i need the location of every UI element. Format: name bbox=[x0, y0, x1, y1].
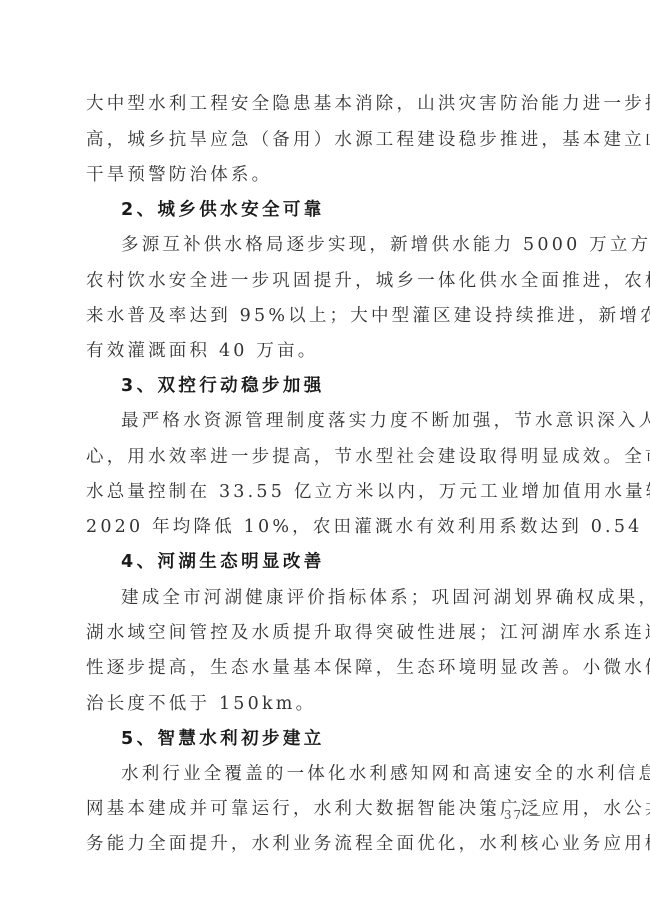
section-heading-3: 3、双控行动稳步加强 bbox=[121, 375, 607, 397]
body-line: 建成全市河湖健康评价指标体系；巩固河湖划界确权成果，河 bbox=[121, 587, 607, 609]
body-line: 心，用水效率进一步提高，节水型社会建设取得明显成效。全市用 bbox=[86, 446, 572, 468]
body-line: 有效灌溉面积 40 万亩。 bbox=[86, 340, 572, 362]
body-line: 2020 年均降低 10%，农田灌溉水有效利用系数达到 0.54 以上。 bbox=[86, 516, 572, 538]
body-line: 务能力全面提升，水利业务流程全面优化，水利核心业务应用模式 bbox=[86, 833, 572, 855]
body-line: 水总量控制在 33.55 亿立方米以内，万元工业增加值用水量较 bbox=[86, 481, 572, 503]
body-line: 农村饮水安全进一步巩固提升，城乡一体化供水全面推进，农村自 bbox=[86, 270, 572, 292]
page-number: — 37 — bbox=[484, 808, 543, 822]
section-heading-5: 5、智慧水利初步建立 bbox=[121, 728, 607, 750]
section-heading-2: 2、城乡供水安全可靠 bbox=[121, 199, 607, 221]
body-line: 性逐步提高，生态水量基本保障，生态环境明显改善。小微水体整 bbox=[86, 657, 572, 679]
document-page: 大中型水利工程安全隐患基本消除，山洪灾害防治能力进一步提 高，城乡抗旱应急（备用… bbox=[0, 0, 650, 919]
body-line: 大中型水利工程安全隐患基本消除，山洪灾害防治能力进一步提 bbox=[86, 93, 572, 115]
body-line: 最严格水资源管理制度落实力度不断加强，节水意识深入人 bbox=[121, 410, 607, 432]
body-line: 干旱预警防治体系。 bbox=[86, 164, 572, 186]
body-line: 治长度不低于 150km。 bbox=[86, 693, 572, 715]
body-line: 多源互补供水格局逐步实现，新增供水能力 5000 万立方米； bbox=[121, 234, 607, 256]
body-line: 高，城乡抗旱应急（备用）水源工程建设稳步推进，基本建立山洪与 bbox=[86, 129, 572, 151]
body-line: 水利行业全覆盖的一体化水利感知网和高速安全的水利信息 bbox=[121, 763, 607, 785]
body-line: 来水普及率达到 95%以上；大中型灌区建设持续推进，新增农田 bbox=[86, 305, 572, 327]
section-heading-4: 4、河湖生态明显改善 bbox=[121, 551, 607, 573]
body-line: 湖水域空间管控及水质提升取得突破性进展；江河湖库水系连通 bbox=[86, 622, 572, 644]
